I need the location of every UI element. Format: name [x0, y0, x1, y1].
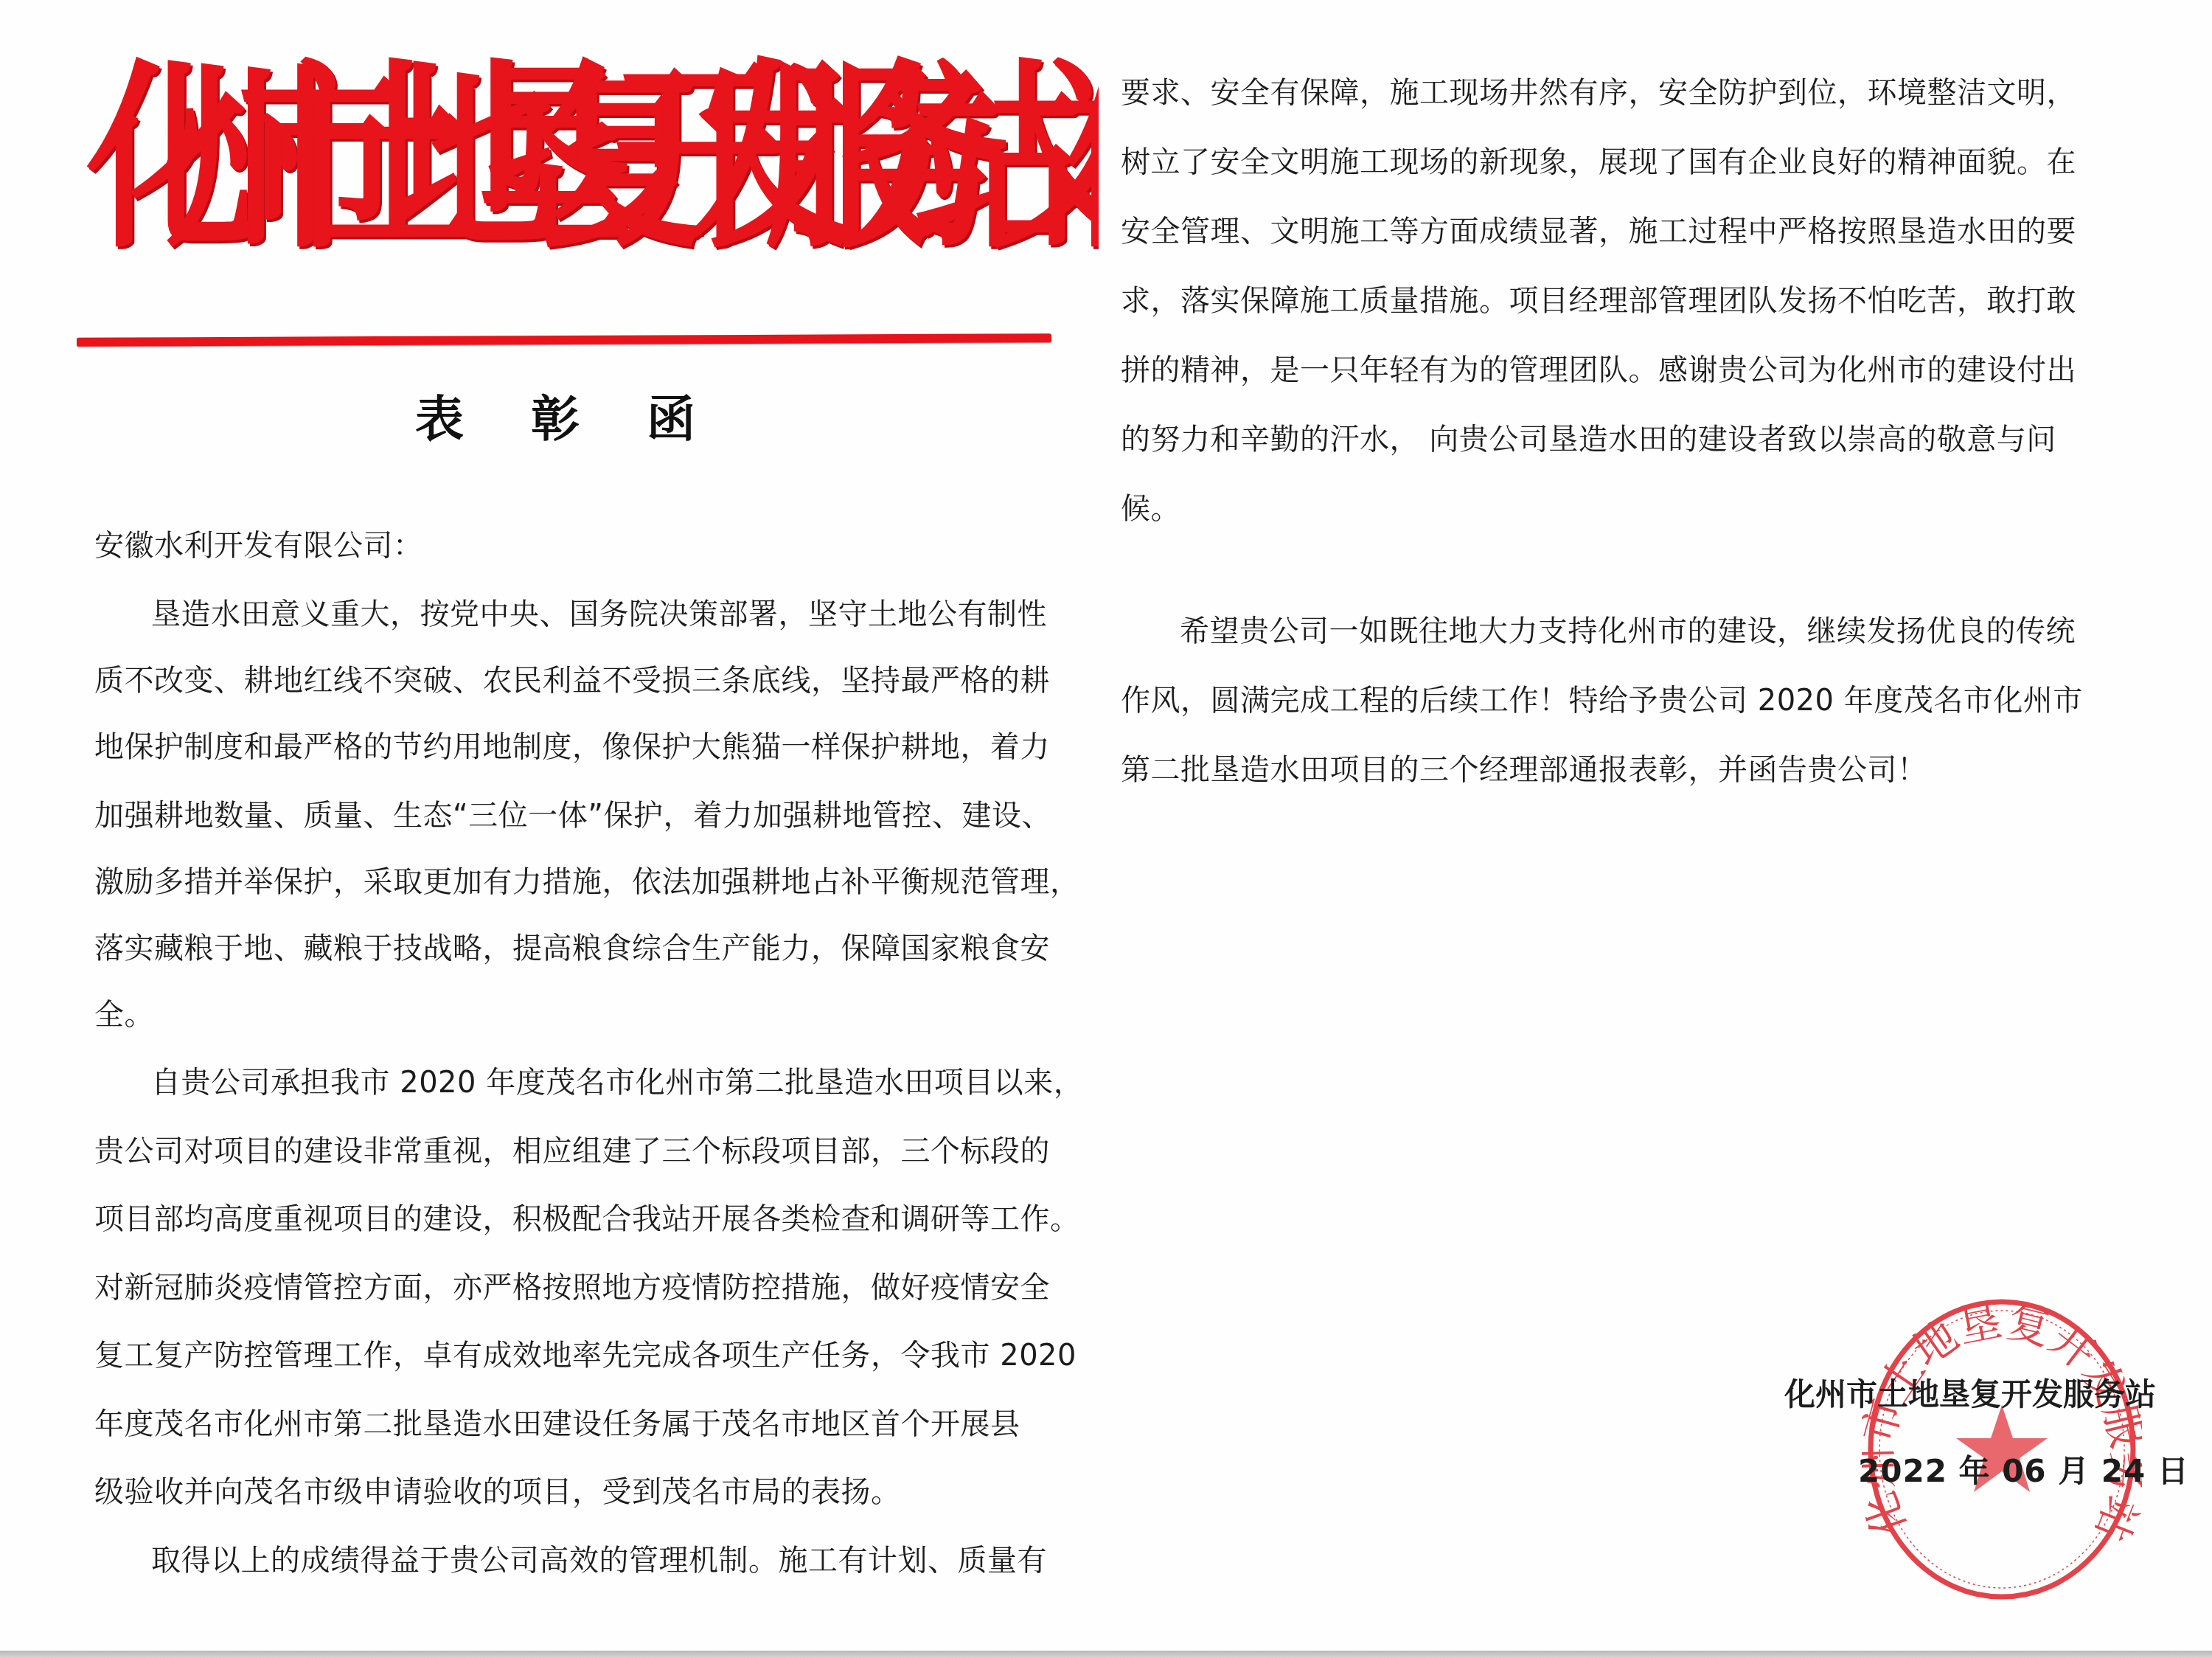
body-line: 地保护制度和最严格的节约用地制度，像保护大熊猫一样保护耕地，着力 — [94, 726, 1050, 768]
body-line: 希望贵公司一如既往地大力支持化州市的建设，继续发扬优良的传统 — [1180, 611, 2076, 652]
body-line: 作风，圆满完成工程的后续工作！特给予贵公司 2020 年度茂名市化州市 — [1121, 680, 2083, 721]
document-header-title: 化州市土地垦复开发服务站文件 — [87, 30, 1060, 291]
body-line: 候。 — [1121, 488, 1180, 530]
body-line: 安全管理、文明施工等方面成绩显著，施工过程中严格按照垦造水田的要 — [1121, 211, 2076, 252]
body-line: 垦造水田意义重大，按党中央、国务院决策部署，坚守土地公有制性 — [151, 594, 1047, 635]
body-line: 质不改变、耕地红线不突破、农民利益不受损三条底线，坚持最严格的耕 — [94, 660, 1050, 701]
body-line: 年度茂名市化州市第二批垦造水田建设任务属于茂名市地区首个开展县 — [94, 1404, 1020, 1445]
document-page-left: 化州市土地垦复开发服务站文件 表 彰 函 安徽水利开发有限公司： 垦造水田意义重… — [0, 0, 1099, 1649]
document-type-title: 表 彰 函 — [413, 380, 723, 450]
bottom-divider — [0, 1651, 2212, 1658]
body-line: 复工复产防控管理工作，卓有成效地率先完成各项生产任务，令我市 2020 — [94, 1335, 1077, 1376]
body-line: 求，落实保障施工质量措施。项目经理部管理团队发扬不怕吃苦，敢打敢 — [1121, 280, 2076, 322]
signature-date: 2022 年 06 月 24 日 — [1858, 1447, 2189, 1491]
body-line: 全。 — [94, 994, 154, 1036]
header-red-rule — [77, 333, 1051, 347]
body-line: 的努力和辛勤的汗水， 向贵公司垦造水田的建设者致以崇高的敬意与问 — [1121, 419, 2056, 460]
body-line: 项目部均高度重视项目的建设，积极配合我站开展各类检查和调研等工作。 — [94, 1199, 1080, 1240]
body-line: 要求、安全有保障，施工现场井然有序，安全防护到位，环境整洁文明， — [1121, 72, 2076, 114]
body-line: 级验收并向茂名市级申请验收的项目，受到茂名市局的表扬。 — [94, 1471, 901, 1513]
body-line: 树立了安全文明施工现场的新现象，展现了国有企业良好的精神面貌。在 — [1121, 142, 2076, 183]
body-line: 激励多措并举保护，采取更加有力措施，依法加强耕地占补平衡规范管理， — [94, 861, 1080, 903]
body-line: 第二批垦造水田项目的三个经理部通报表彰，并函告贵公司！ — [1121, 749, 1927, 791]
body-line: 对新冠肺炎疫情管控方面，亦严格按照地方疫情防控措施，做好疫情安全 — [94, 1267, 1050, 1308]
body-line: 取得以上的成绩得益于贵公司高效的管理机制。施工有计划、质量有 — [151, 1540, 1047, 1581]
body-line: 落实藏粮于地、藏粮于技战略，提高粮食综合生产能力，保障国家粮食安 — [94, 928, 1050, 969]
body-line: 拼的精神，是一只年轻有为的管理团队。感谢贵公司为化州市的建设付出 — [1121, 350, 2076, 391]
signature-organization: 化州市土地垦复开发服务站 — [1784, 1370, 2156, 1415]
recipient-line: 安徽水利开发有限公司： — [94, 525, 423, 566]
body-line: 加强耕地数量、质量、生态“三位一体”保护，着力加强耕地管控、建设、 — [94, 795, 1051, 836]
body-line: 贵公司对项目的建设非常重视，相应组建了三个标段项目部，三个标段的 — [94, 1131, 1050, 1172]
body-line: 自贵公司承担我市 2020 年度茂名市化州市第二批垦造水田项目以来， — [151, 1062, 1083, 1103]
